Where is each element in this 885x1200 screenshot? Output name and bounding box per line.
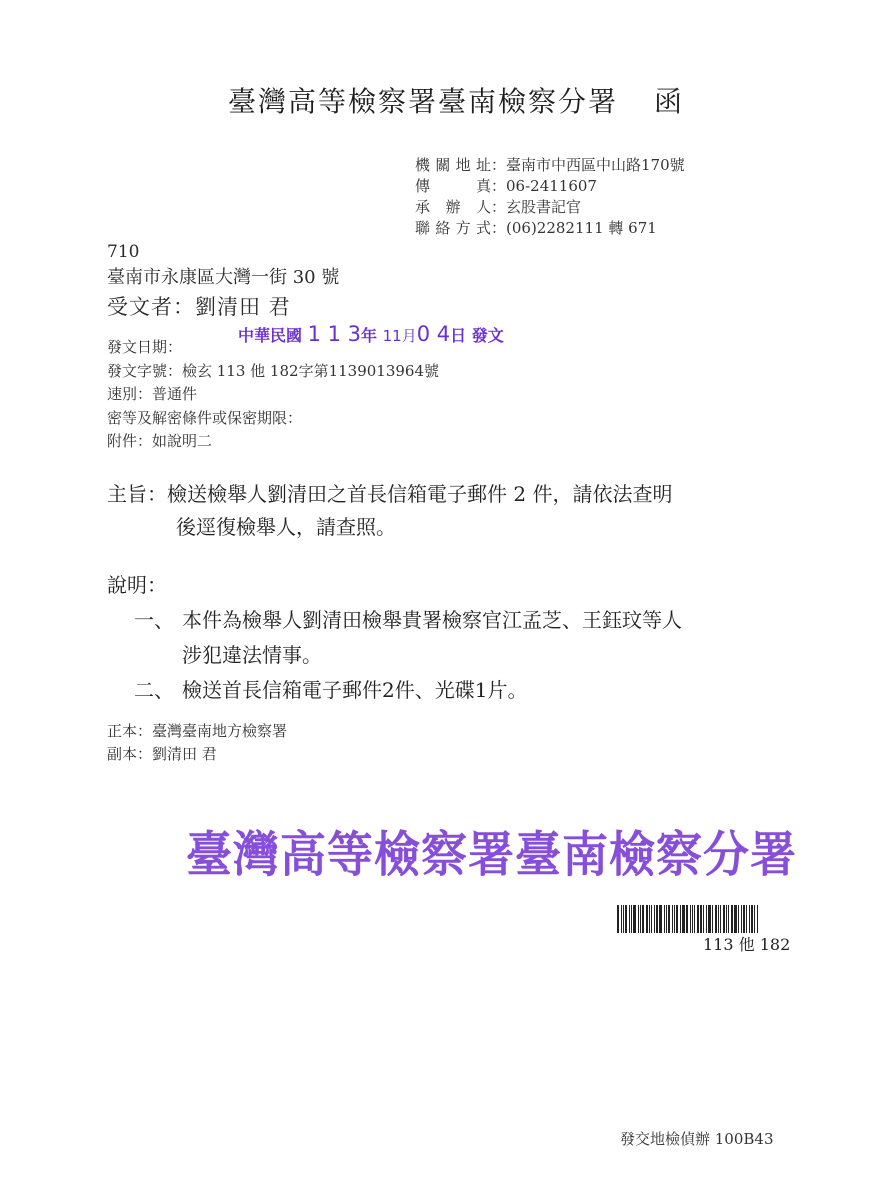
handler-row: 承 辦 人：玄股書記官	[415, 197, 685, 218]
distribution: 正本：臺灣臺南地方檢察署 副本：劉清田 君	[107, 720, 287, 766]
confidentiality: 密等及解密條件或保密期限：	[107, 407, 439, 431]
explanation-label: 說明：	[107, 568, 682, 603]
agency-name: 臺灣高等檢察署臺南檢察分署	[228, 85, 618, 118]
explanation-item: 一、本件為檢舉人劉清田檢舉貴署檢察官江孟芝、王鈺玟等人	[107, 603, 682, 638]
recipient-block: 710 臺南市永康區大灣一街 30 號 受文者：劉清田 君	[107, 240, 339, 322]
recipient-name: 受文者：劉清田 君	[107, 292, 339, 322]
copy-recipient: 副本：劉清田 君	[107, 743, 287, 766]
explanation-item: 二、檢送首長信箱電子郵件2件、光碟1片。	[107, 673, 682, 708]
subject-line-1: 檢送檢舉人劉清田之首長信箱電子郵件 2 件，請依法查明	[167, 482, 672, 506]
barcode-caption: 113 他 182	[703, 932, 790, 955]
subject-line-2: 後逕復檢舉人，請查照。	[107, 511, 672, 544]
address-row: 機關地址：臺南市中西區中山路170號	[415, 155, 685, 176]
attachments: 附件：如說明二	[107, 430, 439, 454]
recipient-zip: 710	[107, 240, 339, 264]
agency-contact-info: 機關地址：臺南市中西區中山路170號 傳 真：06-2411607 承 辦 人：…	[415, 155, 685, 239]
subject-label: 主旨：	[107, 482, 167, 506]
explanation-section: 說明： 一、本件為檢舉人劉清田檢舉貴署檢察官江孟芝、王鈺玟等人 涉犯違法情事。 …	[107, 568, 682, 708]
recipient-address: 臺南市永康區大灣一街 30 號	[107, 264, 339, 292]
priority: 速別：普通件	[107, 383, 439, 407]
original-recipient: 正本：臺灣臺南地方檢察署	[107, 720, 287, 743]
doc-type: 函	[654, 85, 684, 118]
document-title: 臺灣高等檢察署臺南檢察分署函	[228, 80, 684, 120]
official-seal-stamp: 臺灣高等檢察署臺南檢察分署	[186, 816, 797, 885]
subject-section: 主旨：檢送檢舉人劉清田之首長信箱電子郵件 2 件，請依法查明 後逕復檢舉人，請查…	[107, 478, 672, 544]
fax-row: 傳 真：06-2411607	[415, 176, 685, 197]
issue-date: 發文日期：	[107, 336, 439, 360]
issue-number: 發文字號：檢玄 113 他 182字第1139013964號	[107, 360, 439, 384]
document-meta: 發文日期： 發文字號：檢玄 113 他 182字第1139013964號 速別：…	[107, 336, 439, 454]
barcode	[617, 905, 795, 933]
explanation-item-continued: 涉犯違法情事。	[107, 638, 682, 673]
contact-row: 聯絡方式：(06)2282111 轉 671	[415, 218, 685, 239]
footer-code: 發交地檢偵辦 100B43	[620, 1128, 774, 1149]
